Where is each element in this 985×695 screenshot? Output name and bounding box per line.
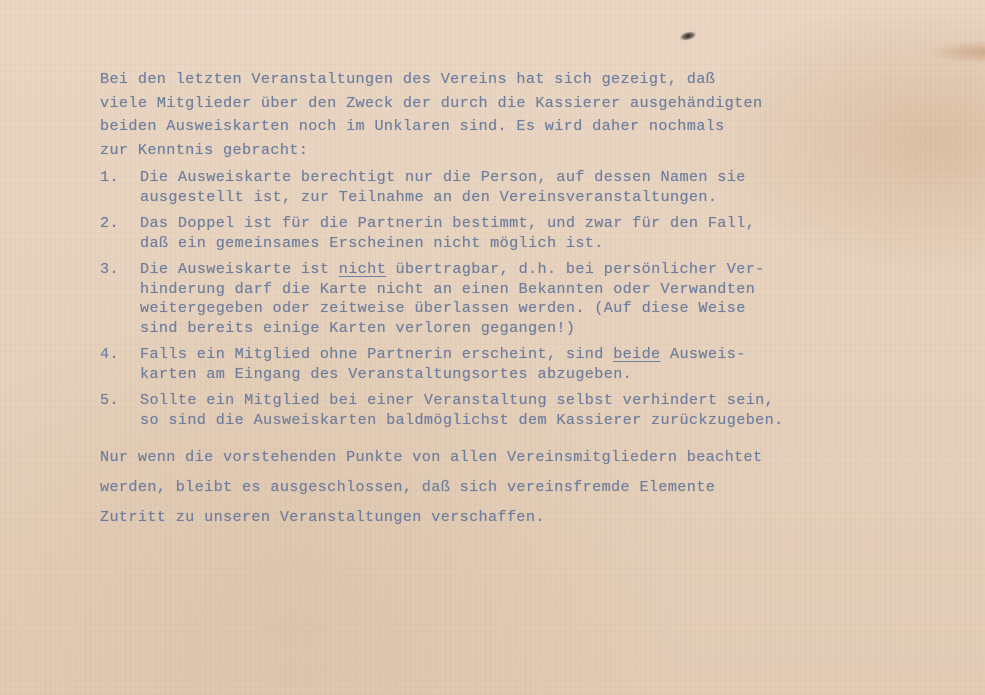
text: Die Ausweiskarte ist	[140, 260, 339, 278]
point-line: Das Doppel ist für die Partnerin bestimm…	[140, 214, 980, 234]
point-1: 1. Die Ausweiskarte berechtigt nur die P…	[100, 168, 980, 207]
closing-paragraph: Nur wenn die vorstehenden Punkte von all…	[100, 442, 980, 532]
point-line: weitergegeben oder zeitweise überlassen …	[140, 299, 980, 319]
point-line: Die Ausweiskarte berechtigt nur die Pers…	[140, 168, 980, 188]
text: Ausweis-	[661, 345, 746, 363]
ink-smudge	[679, 30, 697, 42]
point-2: 2. Das Doppel ist für die Partnerin best…	[100, 214, 980, 253]
point-number: 4.	[100, 345, 119, 365]
point-line: hinderung darf die Karte nicht an einen …	[140, 280, 980, 300]
point-line: karten am Eingang des Veranstaltungsorte…	[140, 365, 980, 385]
closing-line: Zutritt zu unseren Veranstaltungen versc…	[100, 502, 980, 532]
point-line: sind bereits einige Karten verloren gega…	[140, 319, 980, 339]
point-line: ausgestellt ist, zur Teilnahme an den Ve…	[140, 188, 980, 208]
closing-line: werden, bleibt es ausgeschlossen, daß si…	[100, 472, 980, 502]
point-4: 4. Falls ein Mitglied ohne Partnerin ers…	[100, 345, 980, 384]
point-5: 5. Sollte ein Mitglied bei einer Veranst…	[100, 391, 980, 430]
underlined-emphasis: nicht	[339, 260, 386, 278]
paper-stain	[925, 40, 985, 64]
numbered-points: 1. Die Ausweiskarte berechtigt nur die P…	[100, 168, 980, 430]
typewritten-notice: Bei den letzten Veranstaltungen des Vere…	[100, 68, 980, 532]
point-line: Sollte ein Mitglied bei einer Veranstalt…	[140, 391, 980, 411]
point-number: 5.	[100, 391, 119, 411]
point-3: 3. Die Ausweiskarte ist nicht übertragba…	[100, 260, 980, 338]
point-number: 3.	[100, 260, 119, 280]
point-number: 1.	[100, 168, 119, 188]
intro-line: zur Kenntnis gebracht:	[100, 139, 980, 163]
point-line: so sind die Ausweiskarten baldmöglichst …	[140, 411, 980, 431]
intro-line: viele Mitglieder über den Zweck der durc…	[100, 92, 980, 116]
point-line: daß ein gemeinsames Erscheinen nicht mög…	[140, 234, 980, 254]
point-line: Die Ausweiskarte ist nicht übertragbar, …	[140, 260, 980, 280]
text: übertragbar, d.h. bei persönlicher Ver-	[386, 260, 765, 278]
intro-paragraph: Bei den letzten Veranstaltungen des Vere…	[100, 68, 980, 162]
point-line: Falls ein Mitglied ohne Partnerin ersche…	[140, 345, 980, 365]
closing-line: Nur wenn die vorstehenden Punkte von all…	[100, 442, 980, 472]
underlined-emphasis: beide	[613, 345, 660, 363]
intro-line: Bei den letzten Veranstaltungen des Vere…	[100, 68, 980, 92]
intro-line: beiden Ausweiskarten noch im Unklaren si…	[100, 115, 980, 139]
point-number: 2.	[100, 214, 119, 234]
text: Falls ein Mitglied ohne Partnerin ersche…	[140, 345, 613, 363]
